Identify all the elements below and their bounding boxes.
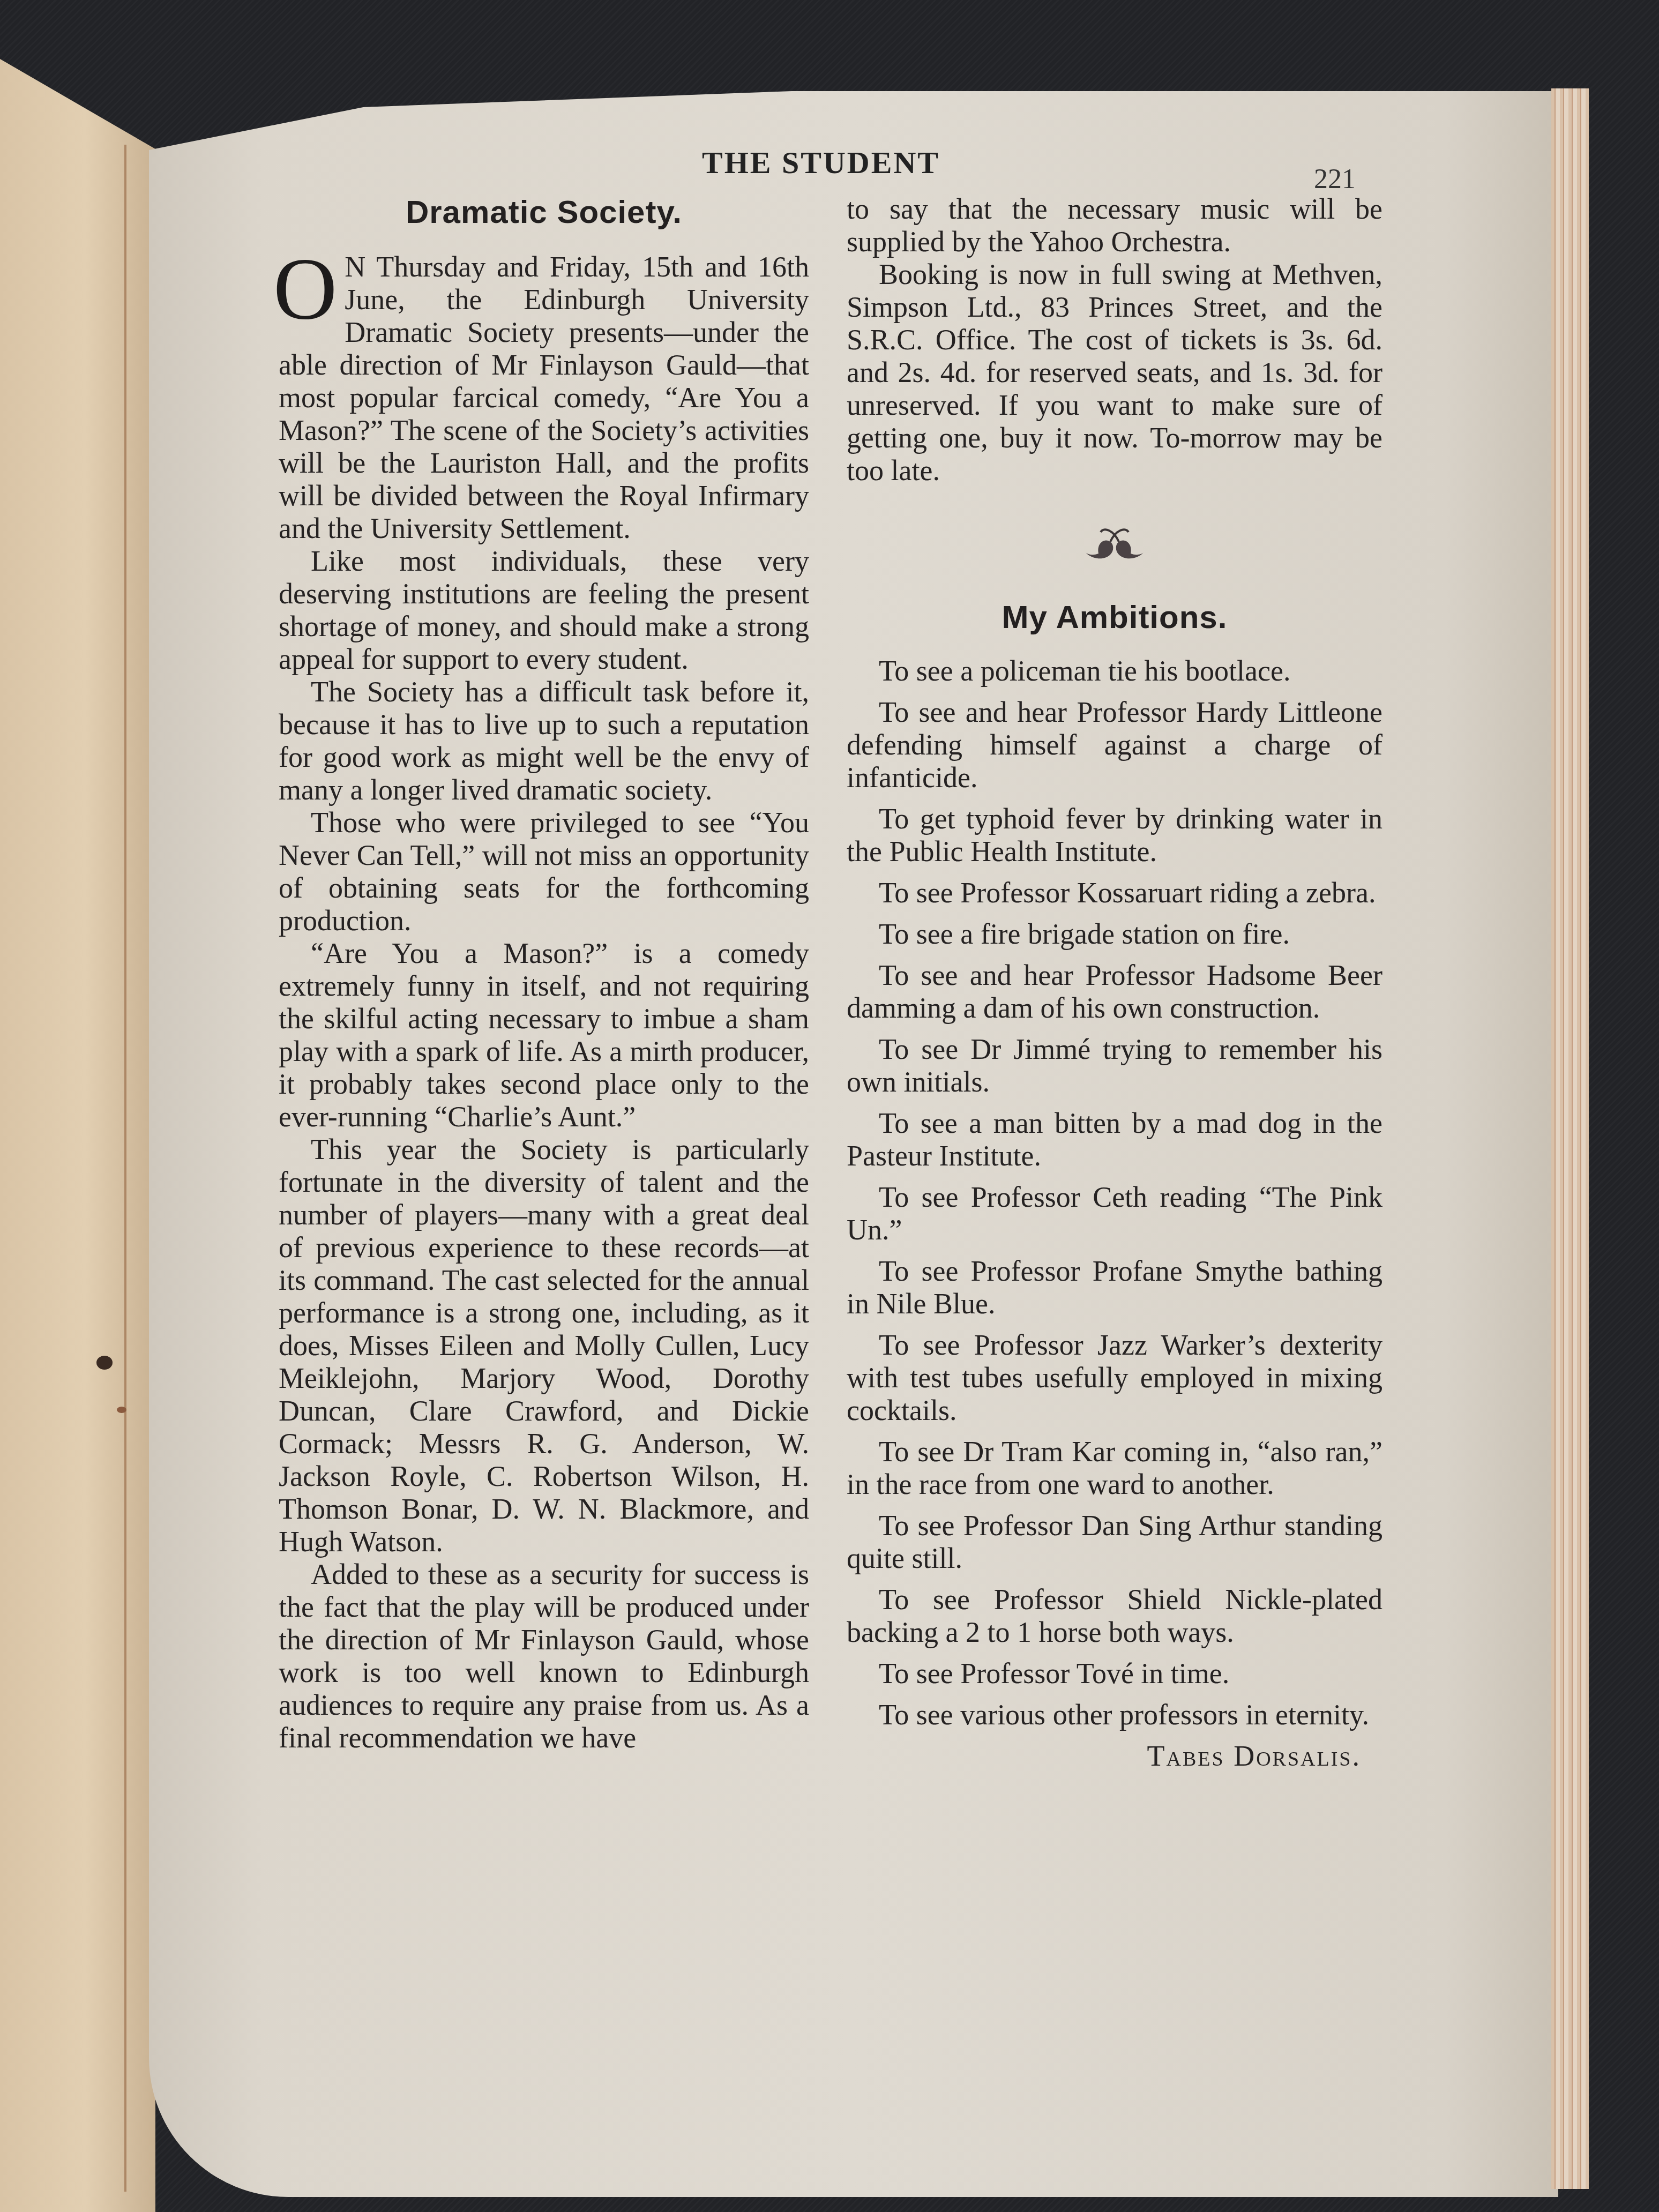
ambition-item: To get typhoid fever by drinking water i…: [847, 803, 1382, 868]
ambition-item: To see and hear Professor Hadsome Beer d…: [847, 959, 1382, 1025]
ink-blot: [96, 1356, 113, 1370]
ambition-item: To see Professor Shield Nickle-plated ba…: [847, 1583, 1382, 1649]
ambition-item: To see Professor Dan Sing Arthur standin…: [847, 1509, 1382, 1575]
left-page-gutter-edge: [124, 145, 126, 2192]
page-number: 221: [1314, 163, 1356, 195]
left-facing-page: [0, 0, 155, 2212]
article-title-dramatic-society: Dramatic Society.: [279, 196, 809, 228]
ambition-item: To see Professor Kossaruart riding a zeb…: [847, 877, 1382, 909]
paragraph-3: The Society has a difficult task before …: [279, 676, 809, 806]
ambition-item: To see a man bitten by a mad dog in the …: [847, 1107, 1382, 1172]
leaf-pair-ornament-icon: [1082, 526, 1147, 563]
ambition-item: To see a fire brigade station on fire.: [847, 918, 1382, 951]
right-column: to say that the necessary music will be …: [847, 193, 1382, 1773]
ambition-item: To see Professor Jazz Warker’s dexterity…: [847, 1329, 1382, 1427]
stain-spot: [117, 1407, 126, 1413]
article-title-my-ambitions: My Ambitions.: [847, 601, 1382, 633]
paragraph-2: Like most individuals, these very deserv…: [279, 545, 809, 676]
book-photo: THE STUDENT 221 Dramatic Society. ON Thu…: [0, 0, 1659, 2212]
paragraph-6: This year the Society is particularly fo…: [279, 1133, 809, 1558]
page-fore-edge: [1551, 88, 1589, 2189]
author-signature: Tabes Dorsalis.: [847, 1740, 1361, 1773]
ambition-item: To see and hear Professor Hardy Littleon…: [847, 696, 1382, 794]
ambition-item: To see various other professors in etern…: [847, 1699, 1382, 1731]
ambition-item: To see Dr Jimmé trying to remember his o…: [847, 1033, 1382, 1098]
continuation-paragraph-1: to say that the necessary music will be …: [847, 193, 1382, 258]
ambition-item: To see Professor Ceth reading “The Pink …: [847, 1181, 1382, 1246]
paragraph-4: Those who were privileged to see “You Ne…: [279, 806, 809, 937]
left-column: Dramatic Society. ON Thursday and Friday…: [279, 196, 809, 1754]
paragraph-1: ON Thursday and Friday, 15th and 16th Ju…: [279, 251, 809, 545]
paragraph-7: Added to these as a security for success…: [279, 1558, 809, 1754]
paragraph-5: “Are You a Mason?” is a comedy extremely…: [279, 937, 809, 1133]
running-head: THE STUDENT: [702, 145, 940, 181]
ambition-item: To see Professor Profane Smythe bathing …: [847, 1255, 1382, 1320]
drop-cap: O: [273, 254, 337, 324]
ambition-item: To see a policeman tie his bootlace.: [847, 655, 1382, 687]
ambition-item: To see Dr Tram Kar coming in, “also ran,…: [847, 1436, 1382, 1501]
ambition-item: To see Professor Tové in time.: [847, 1657, 1382, 1690]
continuation-paragraph-2: Booking is now in full swing at Methven,…: [847, 258, 1382, 487]
